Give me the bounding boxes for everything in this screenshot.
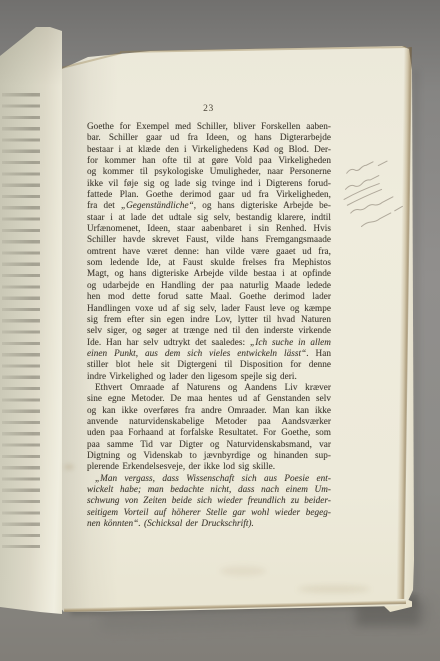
text-run: sine egne Metoder. De maa hentes ud af G… [87, 393, 331, 403]
text-line: og udarbejde en Handling der paa naturli… [87, 280, 331, 291]
text-run: Ide. Han har selv udtrykt det saaledes: [87, 337, 250, 347]
pencil-scribble [361, 213, 392, 227]
text-run: stiller blot hele sit Digtergeni til Dis… [87, 359, 331, 369]
text-line: paa samme Tid var Digter og Naturvidensk… [87, 439, 331, 450]
text-line: wickelt habe; man bedachte nicht, dass n… [87, 484, 331, 495]
italic-text-run: schwung von Zeiten beide sich wieder fre… [87, 495, 331, 505]
text-run: fattede Plan. Goethe derimod gaar ud fra… [87, 189, 331, 199]
text-line: bestaar i at klæde den i Virkelighedens … [87, 144, 331, 155]
scanned-book-photo: 23 Goethe for Exempel med Schiller, bliv… [0, 0, 440, 661]
text-line: uden paa Forhaand at forfalske Resultate… [87, 427, 331, 438]
text-run: selv siger, og søger at trænge ned til d… [87, 325, 331, 335]
text-run: plerende Erkendelsesveje, der ikke lod s… [87, 461, 275, 471]
text-line: og kan ikke overføres fra andre Omraader… [87, 405, 331, 416]
facing-page-fore-edge [0, 26, 62, 614]
text-line: og kommer til psykologiske Umuligheder, … [87, 166, 331, 177]
foxing-spot [220, 566, 266, 576]
text-run: bestaar i at klæde den i Virkelighedens … [87, 144, 331, 154]
text-run: , og hans digteriske Arbejde be- [194, 200, 331, 210]
text-line: plerende Erkendelsesveje, der ikke lod s… [87, 461, 331, 472]
text-line: omtrent have været denne: han vilde være… [87, 246, 331, 257]
text-line: Handlingen voxe ud af sig selv, lader Fa… [87, 303, 331, 314]
text-run: ikke vil føje sig og lade sig tvinge ind… [87, 178, 331, 188]
text-run: for kommer han ofte til at gøre Vold paa… [87, 155, 331, 165]
italic-text-run: „Man vergass, dass Wissenschaft sich aus… [95, 473, 331, 483]
text-line: for kommer han ofte til at gøre Vold paa… [87, 155, 331, 166]
text-line: Goethe for Exempel med Schiller, bliver … [87, 121, 331, 132]
text-run: og kommer til psykologiske Umuligheder, … [87, 166, 331, 176]
facing-page-text-fragments [2, 90, 40, 548]
text-run: Schiller havde skrevet Faust, vilde hans… [87, 234, 331, 244]
text-line: fra det „Gegenständliche“, og hans digte… [87, 200, 331, 211]
text-run: uden paa Forhaand at forfalske Resultate… [87, 427, 331, 437]
pencil-scribble [350, 197, 394, 213]
text-line: sine egne Metoder. De maa hentes ud af G… [87, 393, 331, 404]
text-line: ikke vil føje sig og lade sig tvinge ind… [87, 178, 331, 189]
italic-text-run: „Ich suche in allem [250, 337, 331, 347]
text-line: Ethvert Omraade af Naturens og Aandens L… [87, 382, 331, 393]
text-run: Digtning og Videnskab to jævnbyrdige og … [87, 450, 331, 460]
text-run: fra det [87, 200, 121, 210]
pencil-scribble [394, 206, 402, 210]
pencil-scribble [346, 162, 373, 173]
italic-text-run: seitigem Vorteil auf höherer Stelle gar … [87, 507, 331, 517]
pencil-scribble [378, 161, 387, 165]
text-line: staar i at lade det udtale sig selv, bes… [87, 212, 331, 223]
text-run: og udarbejde en Handling der paa naturli… [87, 280, 331, 290]
text-line: Ide. Han har selv udtrykt det saaledes: … [87, 337, 331, 348]
text-run: Handlingen voxe ud af sig selv, lader Fa… [87, 303, 331, 313]
pencil-marginalia [332, 154, 410, 242]
italic-text-run: einen Punkt, aus dem sich vieles entwick… [87, 348, 306, 358]
page-number: 23 [87, 104, 330, 114]
text-line: stiller blot hele sit Digtergeni til Dis… [87, 359, 331, 370]
text-run: indre Virkelighed og lader den ligesom s… [87, 371, 297, 381]
text-run: . Han [306, 348, 331, 358]
text-run: Ethvert Omraade af Naturens og Aandens L… [95, 382, 331, 392]
text-line: indre Virkelighed og lader den ligesom s… [87, 371, 331, 382]
text-line: bar. Schiller gaar ud fra Ideen, og hans… [87, 132, 331, 143]
text-run: Urfænomenet, Ideen, staar aabenbaret i s… [87, 223, 331, 233]
text-line: einen Punkt, aus dem sich vieles entwick… [87, 348, 331, 359]
text-run: paa samme Tid var Digter og Naturvidensk… [87, 439, 331, 449]
text-line: anvende naturvidenskabelige Metoder paa … [87, 416, 331, 427]
text-line: fattede Plan. Goethe derimod gaar ud fra… [87, 189, 331, 200]
text-run: anvende naturvidenskabelige Metoder paa … [87, 416, 331, 426]
page-body-text: Goethe for Exempel med Schiller, bliver … [87, 121, 331, 529]
right-edge-shadow [413, 70, 419, 590]
text-line: nen könnten“. (Schicksal der Druckschrif… [87, 518, 331, 529]
foxing-spot [64, 464, 74, 470]
text-line: „Man vergass, dass Wissenschaft sich aus… [87, 473, 331, 484]
text-line: Digtning og Videnskab to jævnbyrdige og … [87, 450, 331, 461]
italic-text-run: wickelt habe; man bedachte nicht, dass n… [87, 484, 331, 494]
italic-text-run: „Gegenständliche“ [121, 200, 194, 210]
text-run: som ledende Ide, at Faust skulde frelses… [87, 257, 331, 267]
text-line: hen mod dette forud satte Maal. Goethe d… [87, 291, 331, 302]
text-run: Goethe for Exempel med Schiller, bliver … [87, 121, 331, 131]
text-line: selv siger, og søger at trænge ned til d… [87, 325, 331, 336]
text-line: schwung von Zeiten beide sich wieder fre… [87, 495, 331, 506]
text-line: Magt, og hans digteriske Arbejde vilde b… [87, 268, 331, 279]
text-line: som ledende Ide, at Faust skulde frelses… [87, 257, 331, 268]
foxing-spot [298, 585, 370, 593]
text-line: Urfænomenet, Ideen, staar aabenbaret i s… [87, 223, 331, 234]
text-run: omtrent have været denne: han vilde være… [87, 246, 331, 256]
pencil-underline [347, 189, 383, 205]
text-line: sig frem efter sin egen indre Lov, lytte… [87, 314, 331, 325]
text-line: seitigem Vorteil auf höherer Stelle gar … [87, 507, 331, 518]
text-line: Schiller havde skrevet Faust, vilde hans… [87, 234, 331, 245]
italic-text-run: nen könnten“. (Schicksal der Druckschrif… [87, 518, 254, 528]
text-run: hen mod dette forud satte Maal. Goethe d… [87, 291, 331, 301]
text-run: staar i at lade det udtale sig selv, bes… [87, 212, 331, 222]
text-run: Magt, og hans digteriske Arbejde vilde b… [87, 268, 331, 278]
pencil-scribble [345, 176, 380, 190]
text-run: bar. Schiller gaar ud fra Ideen, og hans… [87, 132, 331, 142]
text-run: sig frem efter sin egen indre Lov, lytte… [87, 314, 331, 324]
text-run: og kan ikke overføres fra andre Omraader… [87, 405, 331, 415]
